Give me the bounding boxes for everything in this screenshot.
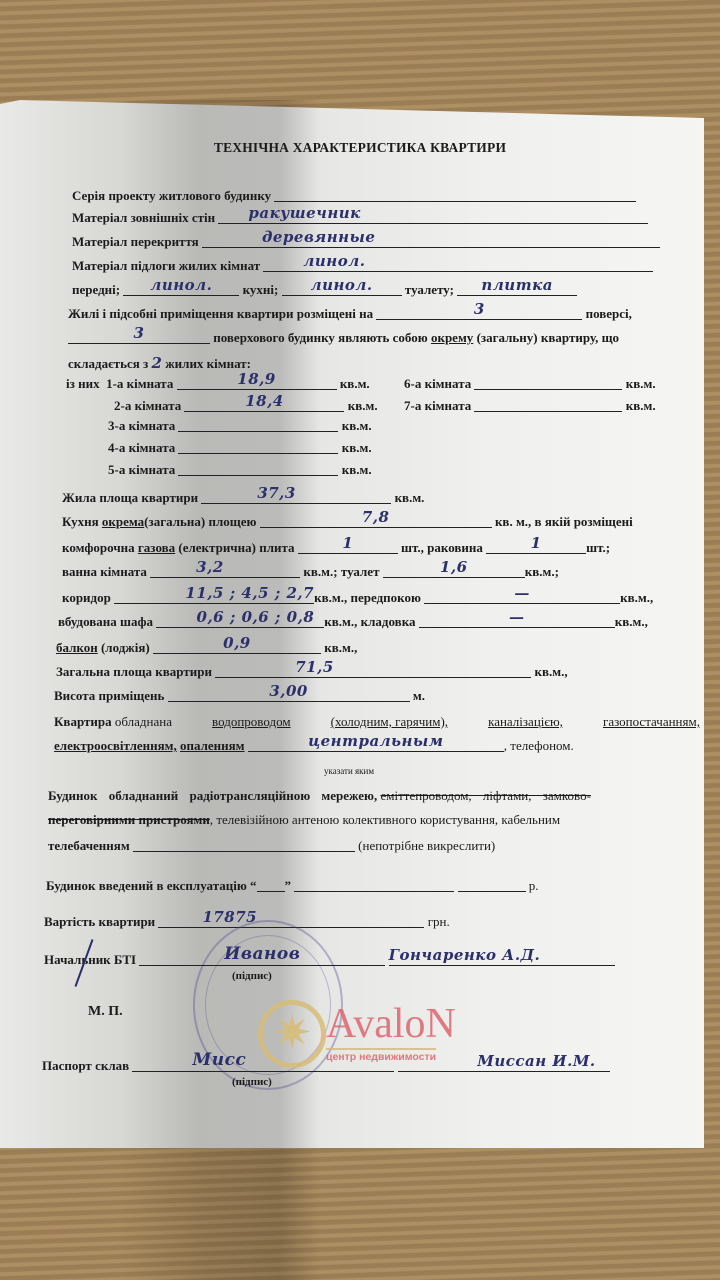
room-row-5: 5-а кімната кв.м. — [108, 462, 372, 478]
total-area-row: Загальна площа квартири 71,5 кв.м., — [56, 664, 568, 680]
passport-sign-hint: (підпис) — [232, 1076, 272, 1088]
head-name-field: Гончаренко А.Д. — [389, 952, 615, 966]
bath-area-field: 3,2 — [150, 564, 300, 578]
series-row: Серія проекту житлового будинку — [72, 188, 636, 204]
total-area-field: 71,5 — [215, 664, 531, 678]
hallway-area-field: — — [424, 590, 620, 604]
toilet-area-field: 1,6 — [383, 564, 525, 578]
stove-row: комфорочна газова (електрична) плита 1 ш… — [62, 540, 610, 556]
room-4-area — [178, 440, 338, 454]
living-area-field: 37,3 — [201, 490, 391, 504]
room-row-2: 2-а кімната 18,4 кв.м. — [114, 398, 378, 414]
living-area-row: Жила площа квартири 37,3 кв.м. — [62, 490, 424, 506]
location-row-2: 3 поверхового будинку являють собою окре… — [68, 330, 619, 346]
room-row-3: 3-а кімната кв.м. — [108, 418, 372, 434]
head-sign-hint: (підпис) — [232, 970, 272, 982]
room-1-area: 18,9 — [177, 376, 337, 390]
kitchen-row: Кухня окрема(загальна) площею 7,8 кв. м.… — [62, 514, 633, 530]
floor-number-field: 3 — [376, 306, 582, 320]
series-field — [274, 188, 636, 202]
toilet-floor-field: плитка — [457, 282, 577, 296]
heating-field: центральным — [248, 738, 504, 752]
building-row-3: телебаченням (непотрібне викреслити) — [48, 838, 495, 854]
room-3-area — [178, 418, 338, 432]
walls-row: Матеріал зовнішніх стін ракушечник — [72, 210, 648, 226]
wardrobe-area-field: 0,6 ; 0,6 ; 0,8 — [156, 614, 324, 628]
heating-hint: указати яким — [324, 766, 374, 776]
amenities-row-2: електроосвітленням, опаленням центральны… — [54, 738, 574, 754]
document-title: ТЕХНІЧНА ХАРАКТЕРИСТИКА КВАРТИРИ — [0, 140, 720, 156]
corridor-row: коридор 11,5 ; 4,5 ; 2,7кв.м., передпоко… — [62, 590, 653, 606]
storeys-field: 3 — [68, 330, 210, 344]
kitchen-floor-field: линол. — [282, 282, 402, 296]
wardrobe-row: вбудована шафа 0,6 ; 0,6 ; 0,8кв.м., кла… — [58, 614, 648, 630]
compass-star-icon: ✷ — [258, 1000, 326, 1068]
storage-area-field: — — [419, 614, 615, 628]
ceiling-row: Матеріал перекриття деревянные — [72, 234, 660, 250]
floor-row: Матеріал підлоги жилих кімнат линол. — [72, 258, 653, 274]
commission-day-field — [257, 878, 285, 892]
head-row: Начальник БТІ Иванов Гончаренко А.Д. — [44, 952, 615, 968]
room-row-7: 7-а кімната кв.м. — [404, 398, 656, 414]
room-5-area — [178, 462, 338, 476]
head-signature-field: Иванов — [139, 952, 385, 966]
room-6-area — [474, 376, 622, 390]
commission-year-field — [458, 878, 526, 892]
floor-details-row: передні; линол. кухні; линол. туалету; п… — [72, 282, 577, 298]
commission-month-field — [294, 878, 454, 892]
sink-count-field: 1 — [486, 540, 586, 554]
room-row-1: із них 1-а кімната 18,9 кв.м. — [66, 376, 370, 392]
amenities-row-1: Квартира обладнана водопроводом (холодни… — [54, 714, 700, 730]
room-row-6: 6-а кімната кв.м. — [404, 376, 656, 392]
commission-row: Будинок введений в експлуатацію “” р. — [46, 878, 539, 894]
room-row-4: 4-а кімната кв.м. — [108, 440, 372, 456]
balcony-area-field: 0,9 — [153, 640, 321, 654]
building-row-2: переговірними пристроями, телевізійною а… — [48, 812, 560, 828]
location-row-1: Жилі і підсобні приміщення квартири розм… — [68, 306, 632, 322]
seal-label: М. П. — [88, 1004, 123, 1020]
ceiling-field: деревянные — [202, 234, 660, 248]
height-row: Висота приміщень 3,00 м. — [54, 688, 425, 704]
corridor-area-field: 11,5 ; 4,5 ; 2,7 — [114, 590, 314, 604]
hall-floor-field: линол. — [123, 282, 239, 296]
floor-field: линол. — [263, 258, 653, 272]
kitchen-area-field: 7,8 — [260, 514, 492, 528]
height-field: 3,00 — [168, 688, 410, 702]
balcony-row: балкон (лоджія) 0,9 кв.м., — [56, 640, 357, 656]
cable-tv-field — [133, 838, 355, 852]
stove-count-field: 1 — [298, 540, 398, 554]
walls-field: ракушечник — [218, 210, 648, 224]
bath-row: ванна кімната 3,2 кв.м.; туалет 1,6кв.м.… — [62, 564, 559, 580]
room-7-area — [474, 398, 622, 412]
room-2-area: 18,4 — [184, 398, 344, 412]
building-row-1: Будинок обладнаний радіотрансляційною ме… — [48, 788, 591, 804]
